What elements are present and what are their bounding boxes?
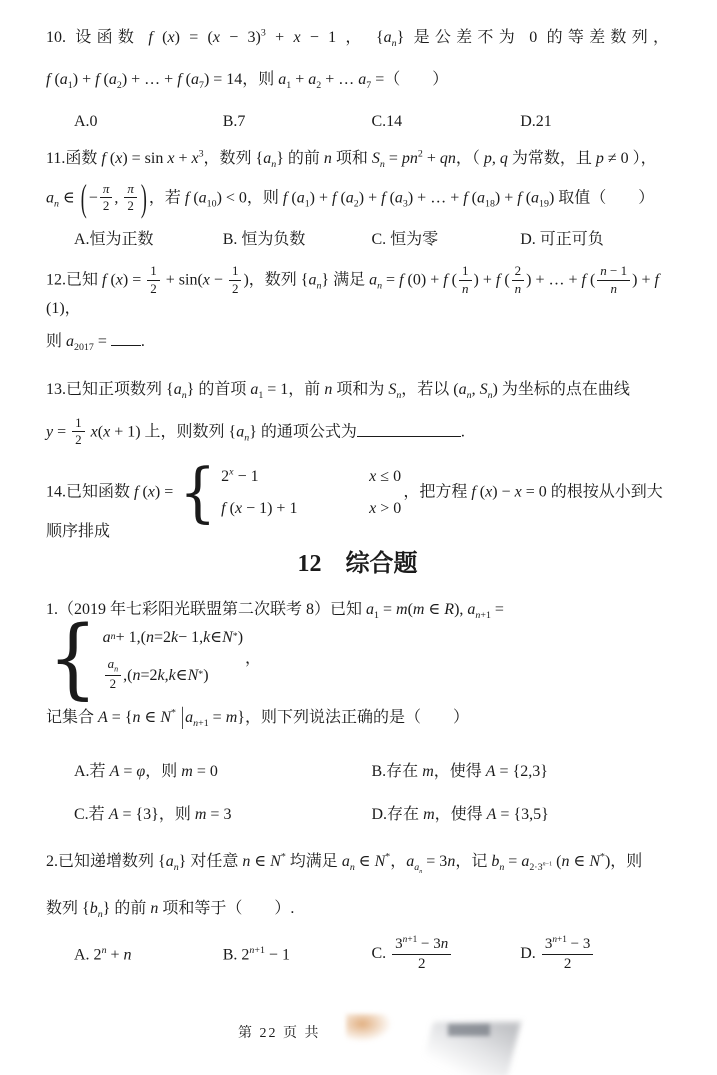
- problem-11-option-a: A.恒为正数: [74, 226, 223, 249]
- comprehensive-1-option-c: C.若 A = {3}，则 m = 3: [74, 801, 372, 824]
- watermark-smudge-cap: [448, 1024, 490, 1036]
- comprehensive-2-option-c: C. 3n+1 − 3n2: [372, 936, 521, 973]
- problem-11-option-c: C. 恒为零: [372, 226, 521, 249]
- document-page: 10. 设函数 f (x) = (x − 3)3 + x − 1 ， {an} …: [0, 0, 717, 973]
- comprehensive-2-option-a: A. 2n + n: [74, 945, 223, 964]
- problem-11-line-2: an ∈ (−π2, π2)，若 f (a10) < 0，则 f (a1) + …: [46, 183, 669, 215]
- problem-10-option-c: C.14: [372, 113, 521, 131]
- problem-11-option-b: B. 恒为负数: [223, 226, 372, 249]
- problem-11-line-1: 11.函数 f (x) = sin x + x3，数列 {an} 的前 n 项和…: [46, 147, 669, 173]
- problem-10-option-a: A.0: [74, 113, 223, 131]
- page-number-text: 第 22 页 共: [238, 1026, 321, 1041]
- problem-10-line-1: 10. 设函数 f (x) = (x − 3)3 + x − 1 ， {an} …: [46, 26, 669, 52]
- problem-11-option-d: D. 可正可负: [520, 226, 669, 249]
- watermark-smudge-gray: [419, 1022, 521, 1075]
- comprehensive-1-options-cd: C.若 A = {3}，则 m = 3 D.存在 m，使得 A = {3,5}: [46, 801, 669, 824]
- problem-14-line-1: 14.已知函数 f (x) = {2x − 1x ≤ 0f (x − 1) + …: [46, 465, 669, 544]
- comprehensive-1-option-b: B.存在 m，使得 A = {2,3}: [372, 758, 670, 781]
- comprehensive-1-option-a: A.若 A = φ，则 m = 0: [74, 758, 372, 781]
- page-footer: 第 22 页 共: [238, 1022, 321, 1042]
- comprehensive-2-option-b: B. 2n+1 − 1: [223, 945, 372, 964]
- comprehensive-1-option-d: D.存在 m，使得 A = {3,5}: [372, 801, 670, 824]
- problem-10-options: A.0 B.7 C.14 D.21: [46, 113, 669, 131]
- problem-10-option-b: B.7: [223, 113, 372, 131]
- section-title: 12 综合题: [46, 543, 669, 578]
- comprehensive-1-line-2: 记集合 A = {n ∈ N* |an+1 = m}，则下列说法正确的是（ ）: [46, 706, 669, 732]
- comprehensive-1-options-ab: A.若 A = φ，则 m = 0 B.存在 m，使得 A = {2,3}: [46, 758, 669, 781]
- problem-12-line-2: 则 a2017 = .: [46, 330, 669, 356]
- comprehensive-1-line-1: 1.（2019 年七彩阳光联盟第二次联考 8）已知 a1 = m(m ∈ R),…: [46, 598, 669, 694]
- comprehensive-2-options: A. 2n + n B. 2n+1 − 1 C. 3n+1 − 3n2 D. 3…: [46, 936, 669, 973]
- comprehensive-2-option-d: D. 3n+1 − 32: [520, 936, 669, 973]
- problem-10-line-2: f (a1) + f (a2) + … + f (a7) = 14，则 a1 +…: [46, 68, 669, 94]
- comprehensive-2-line-1: 2.已知递增数列 {an} 对任意 n ∈ N* 均满足 an ∈ N*，aan…: [46, 850, 669, 877]
- problem-13-line-1: 13.已知正项数列 {an} 的首项 a1 = 1，前 n 项和为 Sn，若以 …: [46, 378, 669, 404]
- problem-12-line-1: 12.已知 f (x) = 12 + sin(x − 12)，数列 {an} 满…: [46, 265, 669, 320]
- problem-11-options: A.恒为正数 B. 恒为负数 C. 恒为零 D. 可正可负: [46, 226, 669, 249]
- problem-10-option-d: D.21: [520, 113, 669, 131]
- watermark-smudge-orange: [346, 1014, 392, 1042]
- comprehensive-2-line-2: 数列 {bn} 的前 n 项和等于（ ）.: [46, 897, 669, 923]
- problem-13-line-2: y = 12 x(x + 1) 上，则数列 {an} 的通项公式为.: [46, 417, 669, 449]
